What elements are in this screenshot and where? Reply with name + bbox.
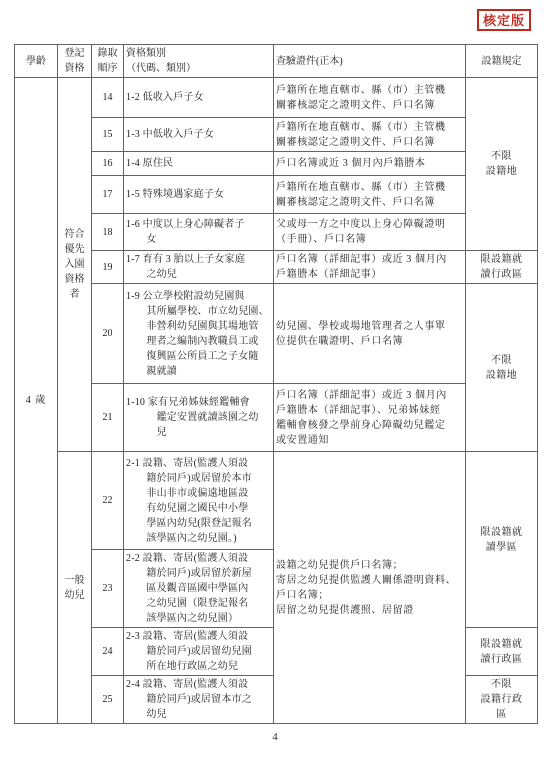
residency-cell: 不限 設籍地 [466,78,538,251]
category-cell: 1-7 育有 3 胎以上子女家庭 之幼兒 [124,251,274,284]
order-cell: 22 [92,452,124,550]
residency-cell: 不限 設籍地 [466,284,538,452]
order-cell: 18 [92,214,124,251]
table-header-row: 學齡 登記 資格 錄取 順序 資格類別 （代碼、類別） 查驗證件(正本) 設籍規… [15,45,538,78]
table-row: 19 1-7 育有 3 胎以上子女家庭 之幼兒 戶口名簿（詳細記事）或近 3 個… [15,251,538,284]
category-cell: 1-3 中低收入戶子女 [124,118,274,152]
residency-cell: 限設籍就 讀學區 [466,452,538,628]
residency-cell: 限設籍就 讀行政區 [466,251,538,284]
col-header-qualification: 登記 資格 [58,45,92,78]
document-page: 核定版 學齡 登記 資格 錄取 順序 資格類別 （代碼、類別） 查驗證件(正本)… [0,0,550,778]
order-cell: 21 [92,384,124,452]
table-row: 21 1-10 家有兄弟姊妹經鑑輔會 鑑定安置就讀該園之幼 兒 戶口名簿（詳細記… [15,384,538,452]
col-header-documents: 查驗證件(正本) [274,45,466,78]
table-row: 20 1-9 公立學校附設幼兒園與 其所屬學校、市立幼兒園、 非營利幼兒園與其場… [15,284,538,384]
table-row: 4 歲 符合 優先 入園 資格 者 14 1-2 低收入戶子女 戶籍所在地直轄市… [15,78,538,118]
documents-cell: 父或母一方之中度以上身心障礙證明 （手冊）、戶口名簿 [274,214,466,251]
documents-cell: 戶口名簿（詳細記事）或近 3 個月內 戶籍謄本（詳細記事）、兄弟姊妹經 鑑輔會核… [274,384,466,452]
table-row: 一般 幼兒 22 2-1 設籍、寄居(監護人須設 籍於同戶)或居留於本市 非山非… [15,452,538,550]
col-header-order: 錄取 順序 [92,45,124,78]
category-cell: 2-3 設籍、寄居(監護人須設 籍於同戶)或居留幼兒園 所在地行政區之幼兒 [124,628,274,676]
residency-cell: 不限 設籍行政 區 [466,676,538,724]
approved-version-stamp: 核定版 [477,9,531,31]
order-cell: 23 [92,550,124,628]
category-cell: 2-2 設籍、寄居(監護人須設 籍於同戶)或居留於新屋 區及觀音區國中學區內 之… [124,550,274,628]
documents-cell: 戶口名簿（詳細記事）或近 3 個月內 戶籍謄本（詳細記事） [274,251,466,284]
age-cell: 4 歲 [15,78,58,724]
category-cell: 2-1 設籍、寄居(監護人須設 籍於同戶)或居留於本市 非山非市或偏遠地區設 有… [124,452,274,550]
order-cell: 17 [92,176,124,214]
order-cell: 24 [92,628,124,676]
category-cell: 2-4 設籍、寄居(監護人須設 籍於同戶)或居留本市之 幼兒 [124,676,274,724]
documents-cell: 幼兒園、學校或場地管理者之人事單 位提供在職證明、戶口名簿 [274,284,466,384]
col-header-category: 資格類別 （代碼、類別） [124,45,274,78]
order-cell: 14 [92,78,124,118]
page-number: 4 [0,731,550,743]
order-cell: 25 [92,676,124,724]
documents-cell: 戶口名簿或近 3 個月內戶籍謄本 [274,152,466,176]
col-header-age: 學齡 [15,45,58,78]
documents-cell: 戶籍所在地直轄市、縣（市）主管機 關審核認定之證明文件、戶口名簿 [274,78,466,118]
category-cell: 1-9 公立學校附設幼兒園與 其所屬學校、市立幼兒園、 非營利幼兒園與其場地管 … [124,284,274,384]
table-row: 16 1-4 原住民 戶口名簿或近 3 個月內戶籍謄本 [15,152,538,176]
category-cell: 1-5 特殊境遇家庭子女 [124,176,274,214]
table-row: 18 1-6 中度以上身心障礙者子 女 父或母一方之中度以上身心障礙證明 （手冊… [15,214,538,251]
documents-cell: 戶籍所在地直轄市、縣（市）主管機 關審核認定之證明文件、戶口名簿 [274,118,466,152]
group-cell-general: 一般 幼兒 [58,452,92,724]
group-cell-priority: 符合 優先 入園 資格 者 [58,78,92,452]
category-cell: 1-4 原住民 [124,152,274,176]
table-row: 17 1-5 特殊境遇家庭子女 戶籍所在地直轄市、縣（市）主管機 關審核認定之證… [15,176,538,214]
col-header-residency: 設籍規定 [466,45,538,78]
category-cell: 1-6 中度以上身心障礙者子 女 [124,214,274,251]
order-cell: 19 [92,251,124,284]
documents-cell: 戶籍所在地直轄市、縣（市）主管機 關審核認定之證明文件、戶口名簿 [274,176,466,214]
residency-cell: 限設籍就 讀行政區 [466,628,538,676]
order-cell: 20 [92,284,124,384]
order-cell: 16 [92,152,124,176]
table-row: 15 1-3 中低收入戶子女 戶籍所在地直轄市、縣（市）主管機 關審核認定之證明… [15,118,538,152]
category-cell: 1-2 低收入戶子女 [124,78,274,118]
order-cell: 15 [92,118,124,152]
enrollment-qualification-table: 學齡 登記 資格 錄取 順序 資格類別 （代碼、類別） 查驗證件(正本) 設籍規… [14,44,538,724]
documents-cell-general: 設籍之幼兒提供戶口名簿； 寄居之幼兒提供監護人關係證明資料、 戶口名簿； 居留之… [274,452,466,724]
category-cell: 1-10 家有兄弟姊妹經鑑輔會 鑑定安置就讀該園之幼 兒 [124,384,274,452]
